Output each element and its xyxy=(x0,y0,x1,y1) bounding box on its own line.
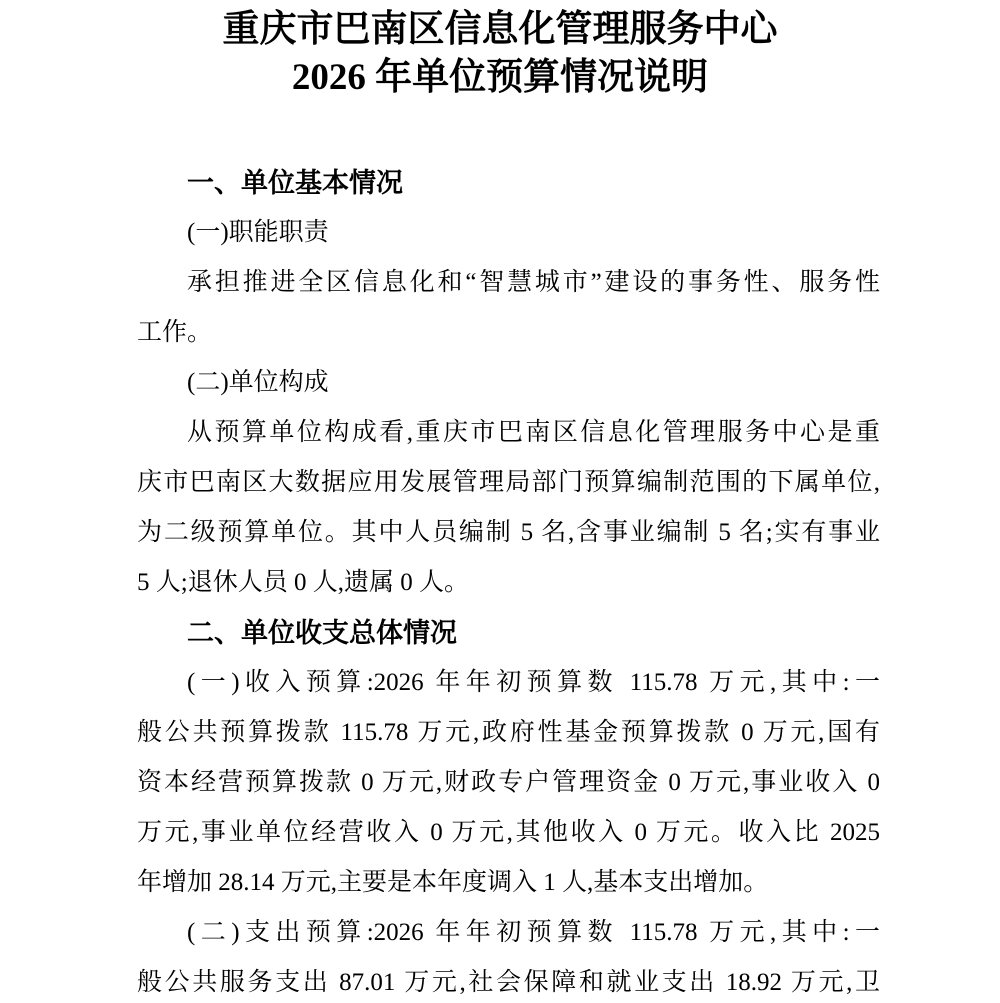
paragraph-line: 般公共预算拨款 115.78 万元,政府性基金预算拨款 0 万元,国有 xyxy=(137,708,880,758)
paragraph-line: 承担推进全区信息化和“智慧城市”建设的事务性、服务性 xyxy=(137,258,880,308)
section-heading-2: 二、单位收支总体情况 xyxy=(137,608,880,658)
paragraph-line: (一)收入预算:2026 年年初预算数 115.78 万元,其中:一 xyxy=(137,658,880,708)
document-title: 重庆市巴南区信息化管理服务中心 2026 年单位预算情况说明 xyxy=(0,0,1000,102)
document-title-line-1: 重庆市巴南区信息化管理服务中心 xyxy=(0,6,1000,54)
section-heading-1: 一、单位基本情况 xyxy=(137,158,880,208)
paragraph-line: 庆市巴南区大数据应用发展管理局部门预算编制范围的下属单位, xyxy=(137,458,880,508)
paragraph-line: (二)支出预算:2026 年年初预算数 115.78 万元,其中:一 xyxy=(137,908,880,958)
document-content: 一、单位基本情况(一)职能职责承担推进全区信息化和“智慧城市”建设的事务性、服务… xyxy=(137,158,880,1003)
paragraph-line: 年增加 28.14 万元,主要是本年度调入 1 人,基本支出增加。 xyxy=(137,858,880,908)
subsection-heading: (一)职能职责 xyxy=(137,208,880,258)
document-page: 重庆市巴南区信息化管理服务中心 2026 年单位预算情况说明 一、单位基本情况(… xyxy=(0,0,1000,1003)
paragraph-line: 工作。 xyxy=(137,308,880,358)
document-title-line-2: 2026 年单位预算情况说明 xyxy=(0,54,1000,102)
paragraph-line: 5 人;退休人员 0 人,遗属 0 人。 xyxy=(137,558,880,608)
paragraph-line: 资本经营预算拨款 0 万元,财政专户管理资金 0 万元,事业收入 0 xyxy=(137,758,880,808)
paragraph-line: 万元,事业单位经营收入 0 万元,其他收入 0 万元。收入比 2025 xyxy=(137,808,880,858)
paragraph-line: 为二级预算单位。其中人员编制 5 名,含事业编制 5 名;实有事业 xyxy=(137,508,880,558)
paragraph-line: 般公共服务支出 87.01 万元,社会保障和就业支出 18.92 万元,卫 xyxy=(137,958,880,1003)
subsection-heading: (二)单位构成 xyxy=(137,358,880,408)
paragraph-line: 从预算单位构成看,重庆市巴南区信息化管理服务中心是重 xyxy=(137,408,880,458)
